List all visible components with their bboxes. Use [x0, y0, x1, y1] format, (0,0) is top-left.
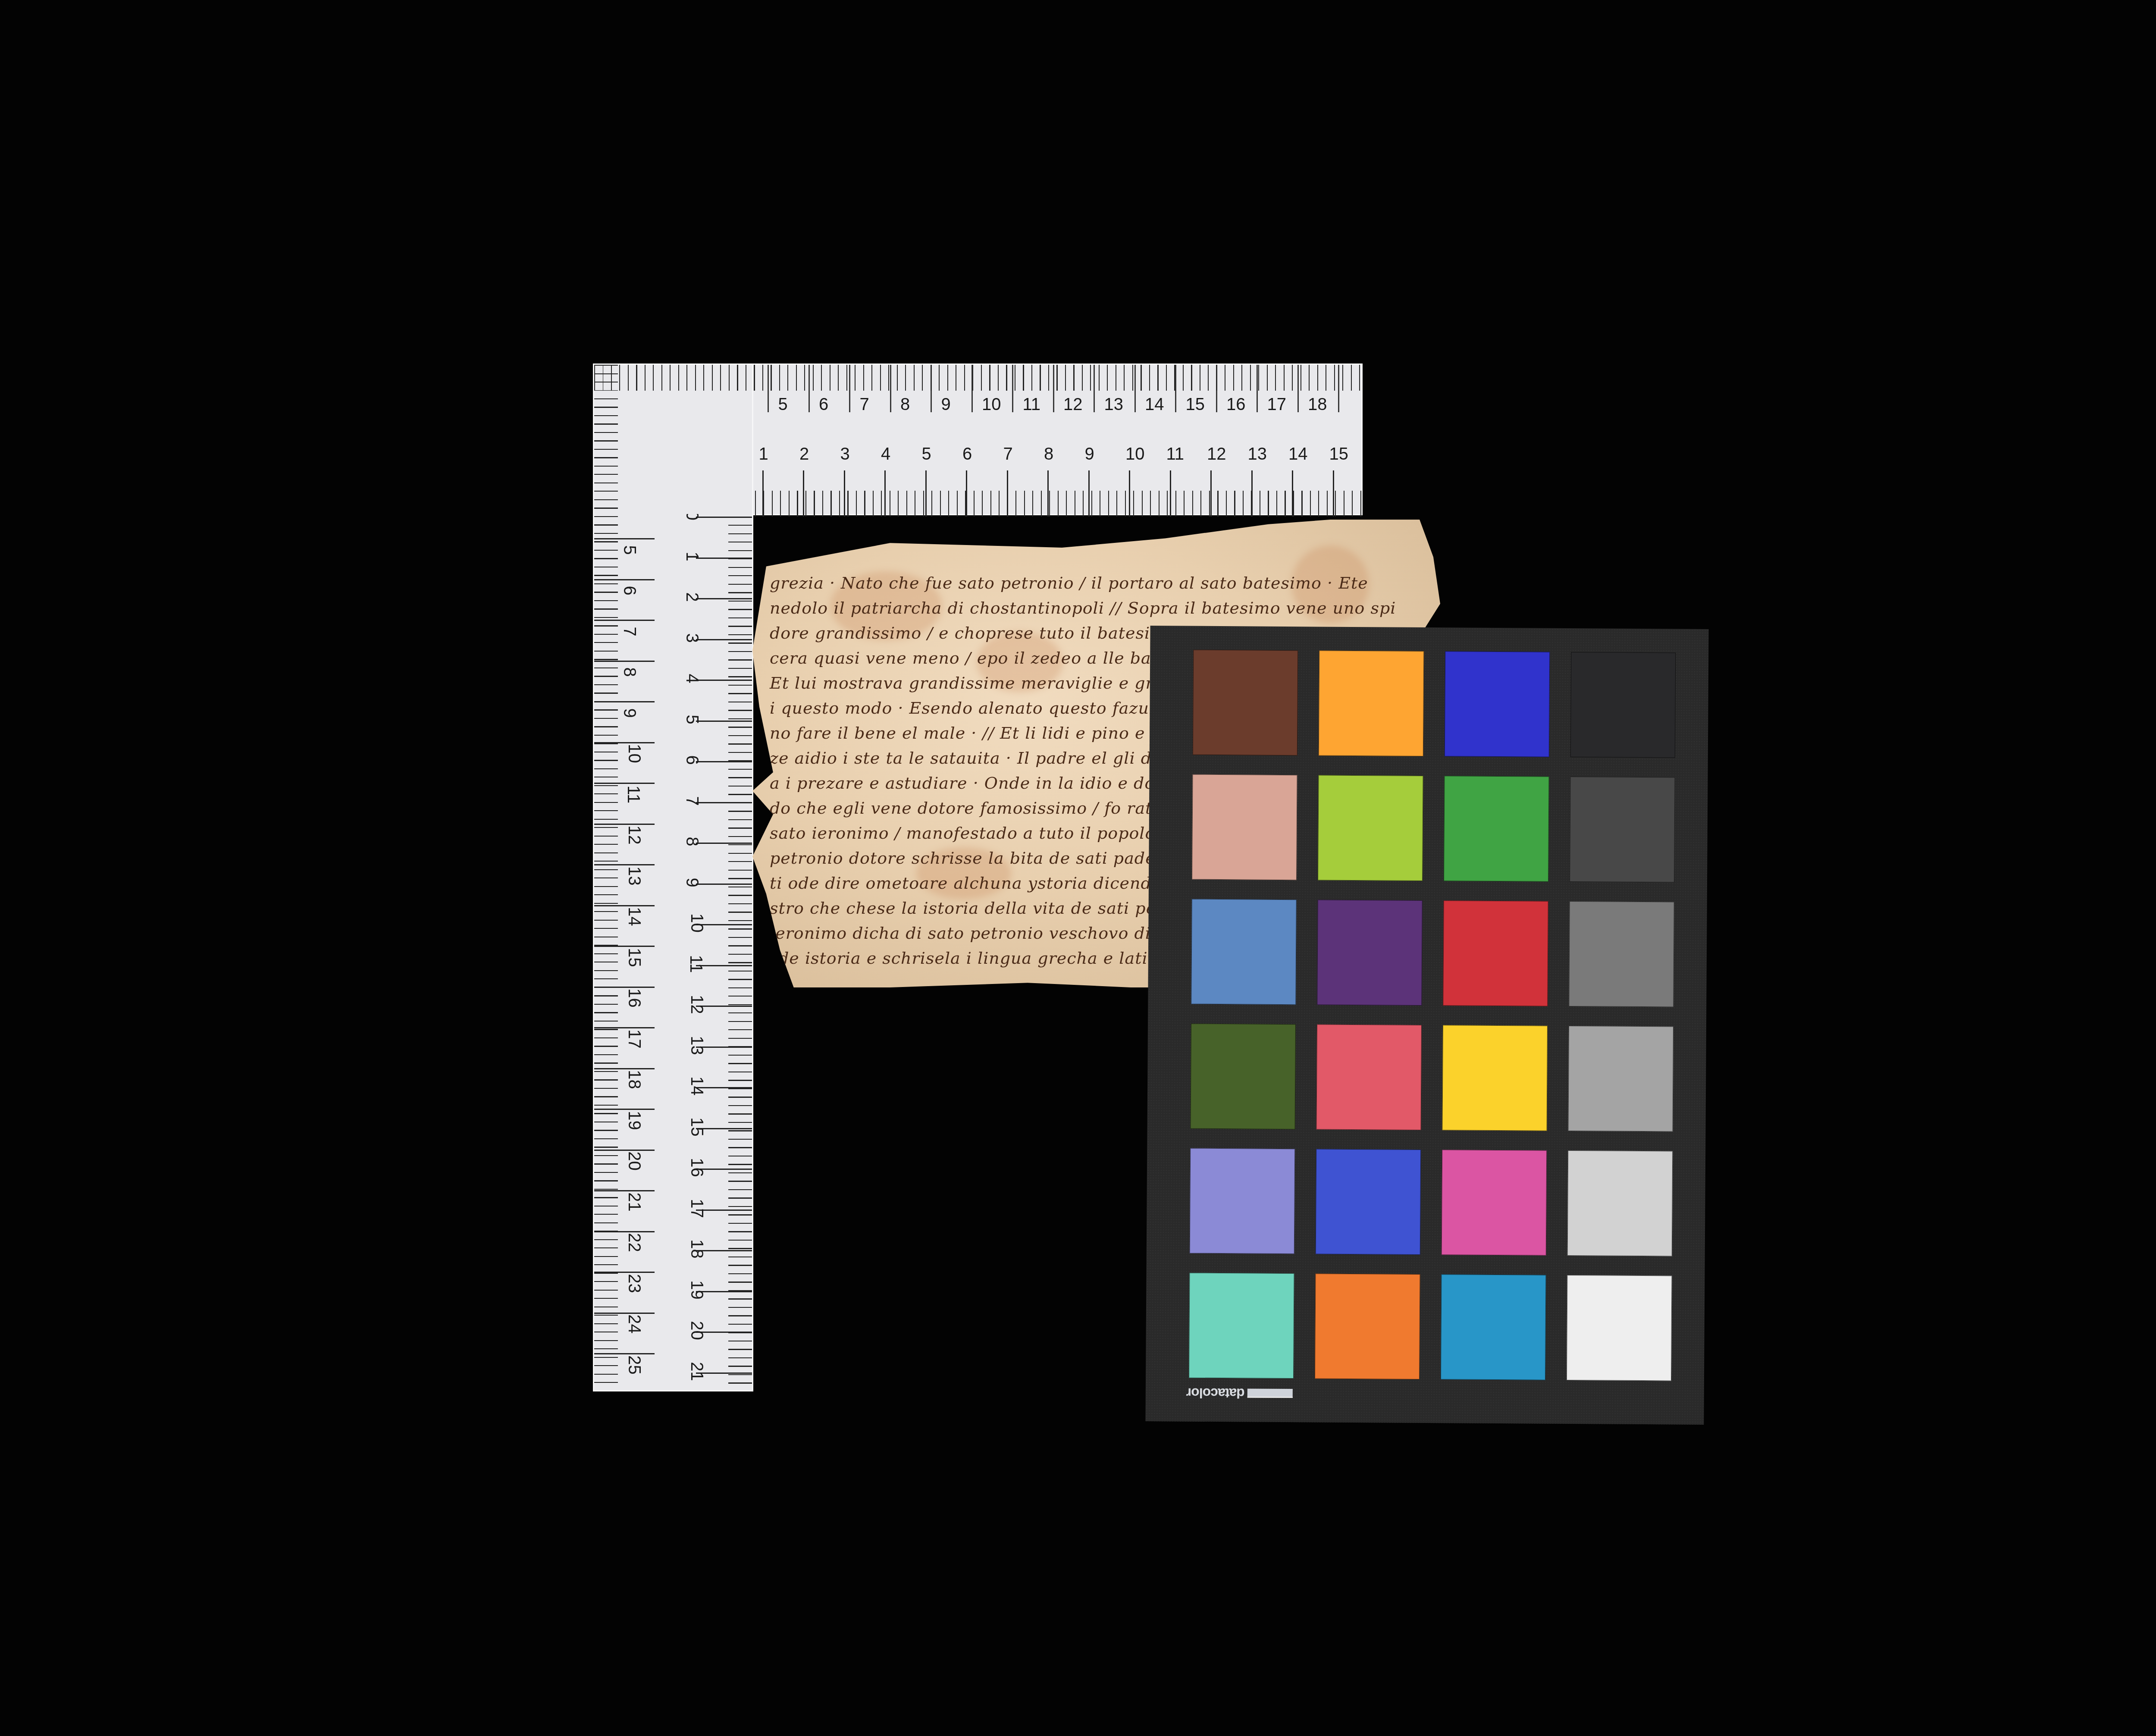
color-swatch-lighter-gray — [1567, 1150, 1673, 1256]
ruler-number: 3 — [840, 445, 850, 464]
ruler-number: 1 — [759, 445, 768, 464]
color-swatch-medium-blue — [1316, 1149, 1421, 1254]
color-swatch-blue — [1445, 651, 1550, 757]
color-swatch-white — [1567, 1275, 1672, 1381]
ruler-number: 7 — [1003, 445, 1013, 464]
ruler-number: 20 — [624, 1151, 644, 1171]
ruler-number: 25 — [624, 1355, 644, 1375]
color-checker-card: datacolor — [1145, 626, 1708, 1425]
ruler-number: 12 — [687, 995, 706, 1014]
ruler-number: 15 — [624, 948, 644, 967]
ruler-number: 16 — [624, 988, 644, 1008]
logo-bar — [1247, 1388, 1293, 1398]
manuscript-line: ti ode dire ometoare alchuna ystoria dic… — [770, 874, 1184, 893]
manuscript-line: petronio dotore schrisse la bita de sati… — [770, 849, 1191, 868]
ruler-number: 4 — [881, 445, 890, 464]
color-swatch-sky-blue — [1191, 899, 1296, 1005]
manuscript-line: no fare il bene el male · // Et li lidi … — [770, 724, 1212, 743]
ruler-number: 14 — [1145, 395, 1164, 414]
color-swatch-dark-gray — [1570, 777, 1675, 882]
manuscript-line: ze aidio i ste ta le satauita · Il padre… — [770, 749, 1170, 768]
ruler-number: 13 — [1104, 395, 1124, 414]
ruler-number: 8 — [1044, 445, 1053, 464]
ruler-number: 3 — [682, 633, 702, 642]
ruler-number: 18 — [1308, 395, 1327, 414]
color-swatch-magenta — [1442, 1150, 1547, 1255]
ruler-number: 23 — [624, 1274, 644, 1293]
ruler-number: 15 — [1329, 445, 1349, 464]
color-swatch-light-skin — [1192, 774, 1297, 880]
ruler-number: 13 — [1248, 445, 1267, 464]
ruler-number: 11 — [1166, 445, 1185, 464]
ruler-number: 18 — [687, 1239, 706, 1259]
ruler-number: 10 — [624, 744, 644, 763]
ruler-number: 2 — [799, 445, 809, 464]
ruler-number: 5 — [620, 545, 639, 555]
ruler-number: 7 — [682, 796, 702, 805]
ruler-number: 5 — [778, 395, 788, 414]
ruler-number: 21 — [687, 1362, 706, 1381]
color-swatch-black — [1570, 652, 1676, 758]
ruler-number: 24 — [624, 1314, 644, 1334]
ruler-number: 16 — [1226, 395, 1246, 414]
ruler-number: 6 — [682, 755, 702, 765]
color-swatch-orange — [1315, 1273, 1420, 1379]
ruler-number: 8 — [682, 837, 702, 846]
ruler-number: 11 — [624, 785, 643, 803]
ruler-number: 11 — [1023, 395, 1041, 414]
ruler-number: 9 — [682, 877, 702, 887]
color-swatch-bluish-green — [1189, 1273, 1294, 1379]
ruler-major-ticks-inner-horizontal — [721, 470, 1361, 517]
ruler-number: 15 — [687, 1117, 706, 1137]
manuscript-line: Et lui mostrava grandissime meraviglie e… — [770, 674, 1185, 693]
ruler-number: 7 — [860, 395, 869, 414]
color-swatch-grid — [1189, 650, 1676, 1377]
ruler-number: 1 — [682, 552, 702, 561]
ruler-number: 20 — [687, 1321, 706, 1340]
color-swatch-dark-brown — [1193, 650, 1298, 755]
ruler-number: 12 — [1207, 445, 1226, 464]
ruler-number: 9 — [1085, 445, 1094, 464]
ruler-number: 14 — [624, 907, 644, 926]
color-swatch-foliage-green — [1191, 1024, 1296, 1129]
ruler-number: 22 — [624, 1233, 644, 1252]
color-swatch-green — [1444, 776, 1549, 881]
ruler-number: 6 — [620, 586, 639, 595]
ruler-major-ticks-inner-vertical — [696, 517, 752, 1390]
ruler-number: 15 — [1186, 395, 1205, 414]
ruler-number: 13 — [687, 1036, 706, 1055]
color-swatch-orange-yellow — [1319, 650, 1424, 756]
manuscript-line: de istoria e schrisela i lingua grecha e… — [778, 949, 1180, 968]
color-swatch-light-gray — [1568, 1026, 1673, 1131]
manuscript-line: do che egli vene dotore famosissimo / fo… — [770, 799, 1212, 818]
ruler-number: 13 — [624, 866, 644, 886]
ruler-number: 8 — [620, 667, 639, 677]
color-swatch-yellow — [1442, 1025, 1548, 1131]
ruler-number: 10 — [1125, 445, 1145, 464]
ruler-number: 9 — [620, 708, 639, 718]
manuscript-line: nedolo il patriarcha di chostantinopoli … — [770, 599, 1396, 617]
ruler-number: 5 — [682, 714, 702, 724]
ruler-number: 14 — [1288, 445, 1308, 464]
ruler-vertical-arm: 1234567891011121314151617181920212223242… — [593, 363, 753, 1391]
ruler-number: 16 — [687, 1158, 706, 1177]
ruler-number: 8 — [900, 395, 910, 414]
ruler-number: 10 — [982, 395, 1001, 414]
ruler-number: 2 — [682, 592, 702, 602]
ruler-number: 4 — [682, 674, 702, 683]
color-swatch-purple — [1317, 899, 1422, 1005]
ruler-number: 19 — [624, 1111, 644, 1130]
manuscript-line: sato ieronimo / manofestado a tuto il po… — [770, 824, 1194, 843]
ruler-number: 12 — [1063, 395, 1083, 414]
manuscript-line: stro che chese la istoria della vita de … — [770, 899, 1204, 918]
ruler-corner — [594, 365, 752, 514]
ruler-corner-ticks-left — [594, 365, 618, 514]
color-swatch-yellow-green — [1318, 775, 1423, 881]
ruler-number: 18 — [624, 1070, 644, 1089]
ruler-number: 10 — [687, 913, 706, 933]
manuscript-line: ieronimo dicha di sato petronio veschovo… — [770, 924, 1194, 943]
manuscript-line: a i prezare e astudiare · Onde in la idi… — [770, 774, 1180, 793]
ruler-number: 7 — [620, 627, 639, 636]
color-swatch-moderate-red — [1316, 1024, 1422, 1130]
color-swatch-cyan — [1441, 1274, 1546, 1380]
ruler-number: 14 — [687, 1076, 706, 1096]
ruler-number: 12 — [624, 825, 644, 845]
ruler-number: 17 — [1267, 395, 1287, 414]
ruler-number: 9 — [941, 395, 951, 414]
manuscript-line: grezia · Nato che fue sato petronio / il… — [770, 573, 1368, 592]
ruler-number: 21 — [624, 1192, 644, 1212]
ruler-number: 11 — [686, 955, 705, 973]
color-swatch-blue-flower — [1190, 1148, 1295, 1254]
brand-name: datacolor — [1187, 1385, 1245, 1401]
ruler-number: 19 — [687, 1280, 706, 1300]
datacolor-logo: datacolor — [1187, 1385, 1293, 1402]
ruler-number: 17 — [624, 1029, 644, 1049]
ruler-number: 5 — [922, 445, 931, 464]
color-swatch-mid-gray — [1569, 901, 1674, 1007]
ruler-number: 17 — [687, 1199, 706, 1218]
ruler-number: 6 — [819, 395, 828, 414]
ruler-number: 6 — [962, 445, 972, 464]
manuscript-line: cera quasi vene meno / epo il zedeo a ll… — [770, 649, 1215, 667]
color-swatch-red — [1443, 900, 1548, 1006]
